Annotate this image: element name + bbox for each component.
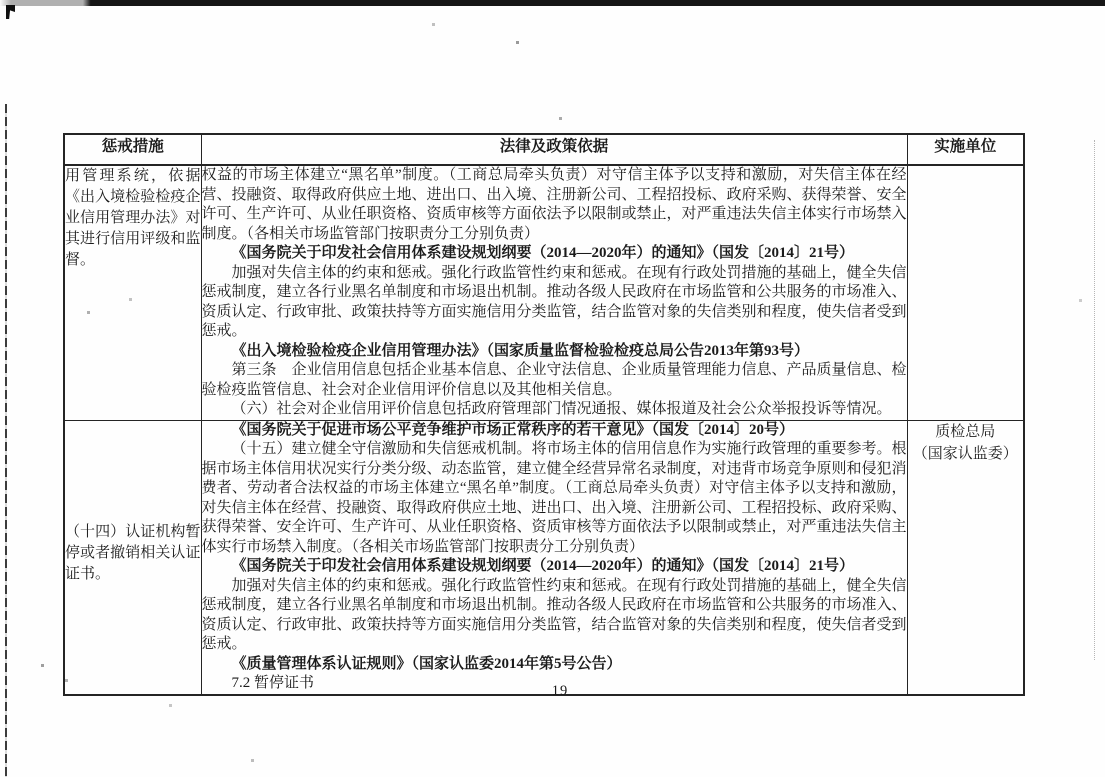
scan-edge-left [5,104,7,777]
sanctions-table: 惩戒措施 法律及政策依据 实施单位 用管理系统，依据《出入境检验检疫企业信用管理… [63,133,1025,696]
table-row: （十四）认证机构暂停或者撤销相关认证证书。 《国务院关于促进市场公平竞争维护市场… [64,420,1024,695]
scan-speckles [0,0,1,1]
basis-paragraph: 加强对失信主体的约束和惩戒。强化行政监管性约束和惩戒。在现有行政处罚措施的基础上… [202,264,907,342]
basis-paragraph: （六）社会对企业信用评价信息包括政府管理部门情况通报、媒体报道及社会公众举报投诉… [202,400,907,420]
basis-cell-row2: 《国务院关于促进市场公平竞争维护市场正常秩序的若干意见》（国发〔2014〕20号… [201,420,907,695]
scan-edge-top [0,0,1105,6]
basis-paragraph: 权益的市场主体建立“黑名单”制度。（工商总局牵头负责）对守信主体予以支持和激励，… [202,166,907,244]
unit-name-line2: （国家认监委） [908,443,1024,465]
basis-paragraph: （十五）建立健全守信激励和失信惩戒机制。将市场主体的信用信息作为实施行政管理的重… [202,440,907,557]
scanned-page: 惩戒措施 法律及政策依据 实施单位 用管理系统，依据《出入境检验检疫企业信用管理… [0,0,1105,777]
header-implementing-unit: 实施单位 [907,134,1024,165]
measure-cell-row1: 用管理系统，依据《出入境检验检疫企业信用管理办法》对其进行信用评级和监督。 [64,165,201,420]
basis-paragraph: 第三条 企业信用信息包括企业基本信息、企业守法信息、企业质量管理能力信息、产品质… [202,361,907,400]
unit-cell-row1 [907,165,1024,420]
page-number: 19 [540,683,580,700]
basis-heading: 《质量管理体系认证规则》（国家认监委2014年第5号公告） [202,655,907,675]
table-header-row: 惩戒措施 法律及政策依据 实施单位 [64,134,1024,165]
basis-heading: 《国务院关于促进市场公平竞争维护市场正常秩序的若干意见》（国发〔2014〕20号… [202,421,907,441]
unit-cell-row2: 质检总局 （国家认监委） [907,420,1024,695]
header-measures: 惩戒措施 [64,134,201,165]
measure-cell-row2: （十四）认证机构暂停或者撤销相关认证证书。 [64,420,201,695]
header-legal-basis: 法律及政策依据 [201,134,907,165]
basis-heading: 《国务院关于印发社会信用体系建设规划纲要（2014—2020年）的通知》（国发〔… [202,557,907,577]
basis-cell-row1: 权益的市场主体建立“黑名单”制度。（工商总局牵头负责）对守信主体予以支持和激励，… [201,165,907,420]
scan-edge-right [1094,140,1095,660]
table-row: 用管理系统，依据《出入境检验检疫企业信用管理办法》对其进行信用评级和监督。 权益… [64,165,1024,420]
basis-heading: 《出入境检验检疫企业信用管理办法》（国家质量监督检验检疫总局公告2013年第93… [202,342,907,362]
basis-heading: 《国务院关于印发社会信用体系建设规划纲要（2014—2020年）的通知》（国发〔… [202,244,907,264]
unit-name-line1: 质检总局 [908,421,1024,443]
basis-paragraph: 加强对失信主体的约束和惩戒。强化行政监管性约束和惩戒。在现有行政处罚措施的基础上… [202,577,907,655]
scan-corner-mark [6,5,15,19]
